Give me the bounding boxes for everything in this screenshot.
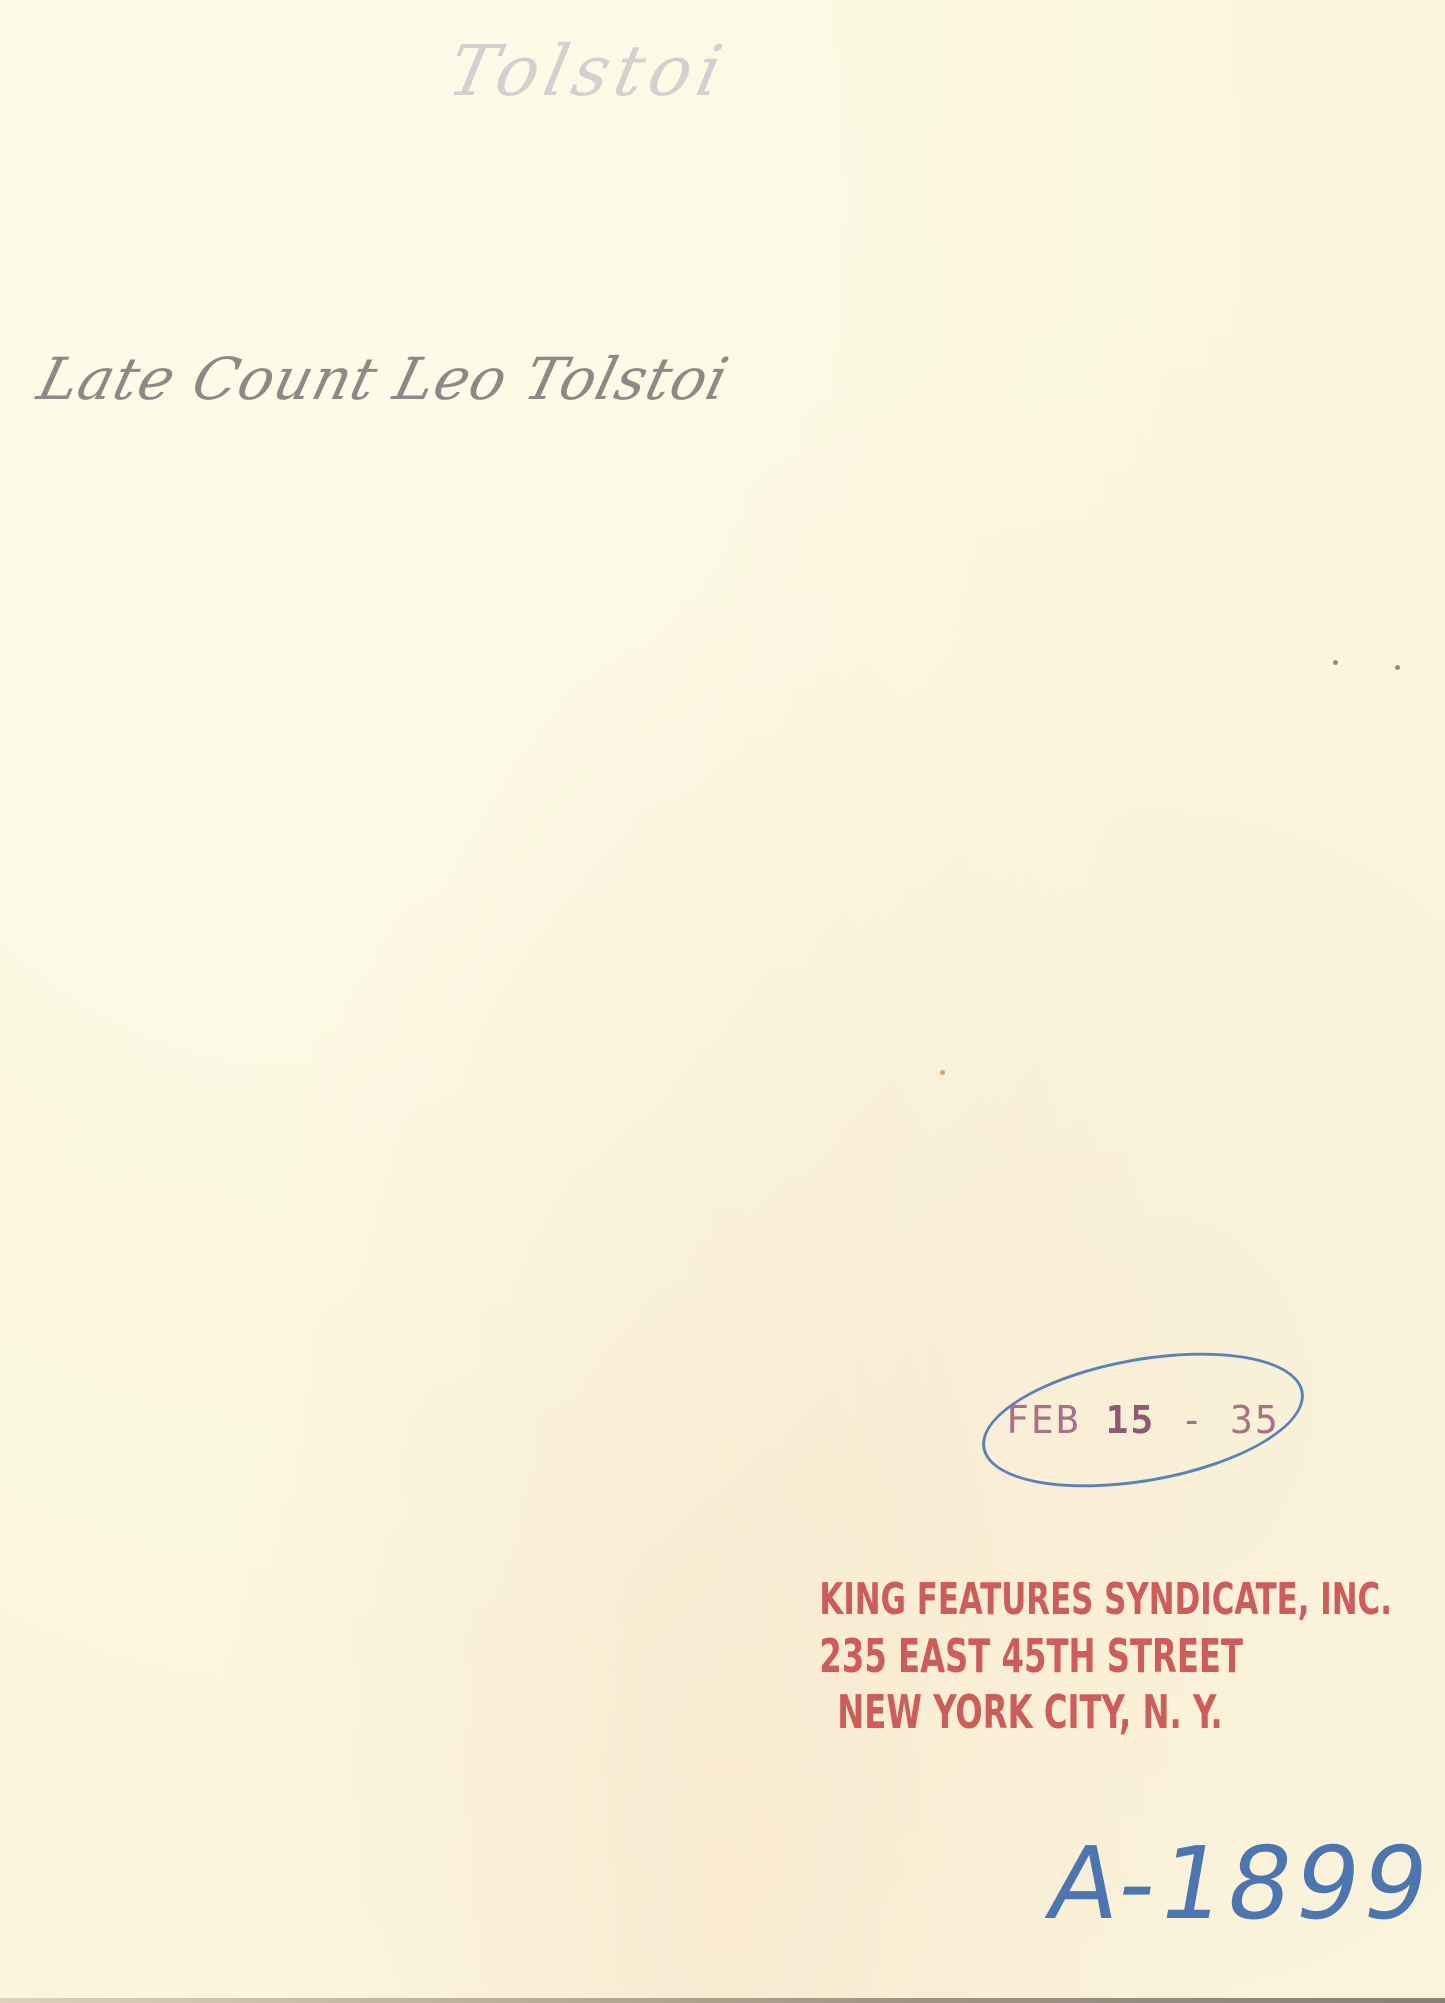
pencil-heading: Tolstoi: [441, 30, 735, 112]
date-day: 15: [1106, 1398, 1156, 1442]
file-number: A-1899: [1040, 1825, 1441, 1942]
syndicate-name: KING FEATURES SYNDICATE, INC.: [819, 1572, 1240, 1628]
paper-speck: [940, 1070, 945, 1075]
paper-speck: [1333, 660, 1338, 665]
scan-bottom-edge: [0, 1998, 1445, 2003]
syndicate-city: NEW YORK CITY, N. Y.: [819, 1684, 1240, 1740]
syndicate-stamp: KING FEATURES SYNDICATE, INC. 235 EAST 4…: [760, 1572, 1300, 1740]
syndicate-street: 235 EAST 45TH STREET: [819, 1628, 1240, 1684]
date-month: FEB: [1006, 1398, 1081, 1442]
pencil-caption: Late Count Leo Tolstoi: [32, 345, 736, 413]
date-stamp-text: FEB 15 - 35: [1006, 1398, 1280, 1442]
date-stamp: FEB 15 - 35: [972, 1331, 1315, 1510]
date-year: - 35: [1180, 1398, 1280, 1442]
paper-speck: [1395, 665, 1400, 670]
